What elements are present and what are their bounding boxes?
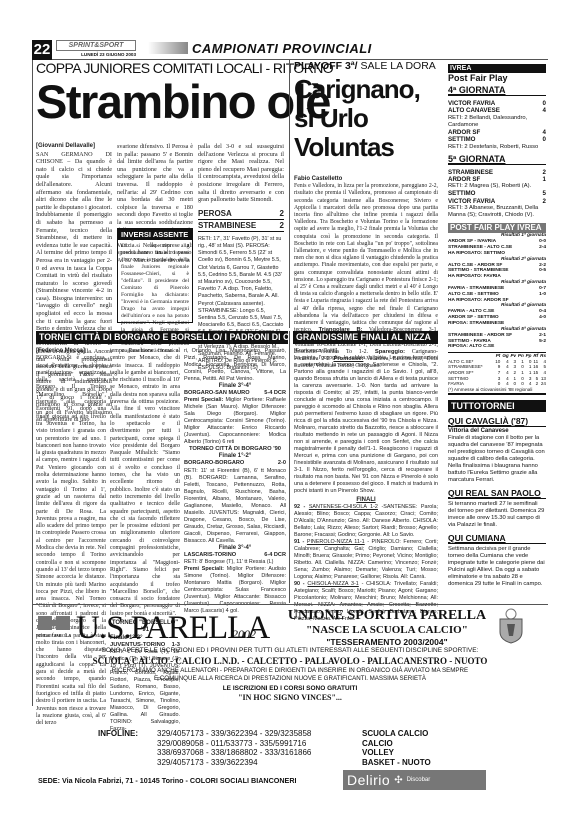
torneo-heading: QUI CAVAGLIÀ ('87) xyxy=(448,416,546,427)
advert-left-rule xyxy=(32,604,33,706)
torneo-text: Si terranno martedì 27 le semifinali del… xyxy=(448,501,546,529)
col-header: Rf xyxy=(531,353,538,359)
match-scorers: RETI: 2 Bellandi, Dalessandro, Cardamone xyxy=(448,115,546,129)
advert-line3: RICERCHIAMO ANCHE ALLENATORI - PREPARATO… xyxy=(32,667,548,676)
col-header: Gg xyxy=(500,353,508,359)
discipline-list: SCUOLA CALCIO CALCIO VOLLEY BASKET - NUO… xyxy=(362,729,431,767)
sponsor-sub: Discobar xyxy=(407,777,431,783)
premi1-label: Premi Speciali: xyxy=(184,397,223,403)
torneo-item: QUI REAL SAN PAOLO Si terranno martedì 2… xyxy=(448,488,546,529)
premi2-label: Premi Speciali: xyxy=(184,566,224,572)
parella-logo-icon xyxy=(38,616,70,636)
team-name: ARDOR SF xyxy=(448,129,480,136)
round-heading: 5ª GIORNATA xyxy=(448,154,546,165)
playoff-headline: Carignano, sì Urlo Voluntas xyxy=(294,75,438,162)
team-goals: 4 xyxy=(543,129,546,136)
standings-note: (*) Ammesse ai Giovanissimi '88 regional… xyxy=(448,387,546,395)
result-match: HA RIPOSATO: ARDOR SF xyxy=(448,298,509,304)
advert-subtitle: "NASCE LA SCUOLA CALCIO" xyxy=(282,624,492,637)
advert-top-rule xyxy=(32,604,548,605)
borgaro-byline: [Federico Mecca] xyxy=(36,348,106,355)
score-team: PEROSA xyxy=(198,208,232,219)
match-scorers: RETI: 2 Magrea (S), Roberti (A). xyxy=(448,183,546,190)
phone-line: 329/4057173 - 339/3622394 xyxy=(157,758,311,768)
infoline-label: INFOLINE: xyxy=(98,729,138,738)
sidebar: IVREA Post Fair Play 4ª GIORNATA VICTOR … xyxy=(448,64,546,588)
section-gradient xyxy=(148,42,188,54)
result-score: 0-5 xyxy=(539,268,546,274)
tuttotornei-title: TUTTOTORNEI xyxy=(448,400,546,412)
team-name: VICTOR FAVRIA xyxy=(448,198,495,205)
match-away: ARDOR SF1 xyxy=(448,176,546,183)
sidebar-region: IVREA xyxy=(448,64,546,73)
match-home: VICTOR FAVRIA0 xyxy=(448,100,546,107)
torneo-text: Finale di stagione con il botto per la s… xyxy=(448,435,546,484)
match-home: ARDOR SF4 xyxy=(448,129,546,136)
finale34b-match: LASCARIS-TORINO xyxy=(184,552,236,559)
inversi-box: INVERSI ASSENTE Ci si aspettava alla pre… xyxy=(117,228,193,323)
finale34-score: 5-4 DCR xyxy=(264,390,286,397)
publication-logo: SPRINT&SPORT xyxy=(56,40,136,51)
inversi-box-title: INVERSI ASSENTE xyxy=(118,229,192,240)
team-goals: 4 xyxy=(543,107,546,114)
final-match: CHISOLA-NIZZA 3-1 xyxy=(307,581,358,587)
advert-line6: "IN HOC SIGNO VINCES"... xyxy=(32,693,548,703)
phone-line: 329/0089058 - 011/533773 - 335/5991716 xyxy=(157,739,311,749)
col-rule-2 xyxy=(289,331,290,603)
phone-list: 329/4057173 - 339/3622394 - 329/3235858 … xyxy=(157,729,311,767)
team-name: ALTO CANAVESE xyxy=(448,107,500,114)
match-away: ALTO CANAVESE4 xyxy=(448,107,546,114)
team-goals: 2 xyxy=(543,169,546,176)
finale34-match: BORGARO-SAN MAURO xyxy=(184,390,250,397)
phone-line: 329/4057173 - 339/3622394 - 329/3235858 xyxy=(157,729,311,739)
score-goals: 2 xyxy=(280,208,284,219)
result-score: 1-0 xyxy=(539,292,546,298)
results-box-title: POST FAIR PLAY IVREA xyxy=(448,223,546,233)
advert-body: SONO APERTE LE ISCRIZIONI ED I PROVINI P… xyxy=(32,647,548,703)
team-goals: 2 xyxy=(543,198,546,205)
issue-date: LUNEDÌ 23 GIUGNO 2003 xyxy=(72,52,136,57)
torneo-sub: Vittoria del Canavese xyxy=(448,427,546,435)
match-home: STRAMBINESE2 xyxy=(448,169,546,176)
crest-icon xyxy=(498,608,524,644)
discipline: VOLLEY xyxy=(362,748,431,758)
main-headline: Strambino olè xyxy=(36,77,288,127)
playoff-kicker-bold: PLAYOFF 3ª/ xyxy=(294,60,358,72)
finale34b-row: LASCARIS-TORINO6-4 DCR xyxy=(184,552,286,559)
match-away: VICTOR FAVRIA2 xyxy=(448,198,546,205)
discipline: BASKET - NUOTO xyxy=(362,758,431,768)
final-label: 92 - xyxy=(294,504,309,510)
torneo2-title: TORNEO CITTÀ DI BORGARO '90 xyxy=(184,446,286,453)
borgaro-banner: TORNEI CITTÀ DI BORGARO E BORSELLO/ I PA… xyxy=(36,331,288,344)
nizza-article: [Francesco Saitti] La grinta, l'orgoglio… xyxy=(294,348,438,623)
advert-line5: LE ISCRIZIONI ED I CORSI SONO GRATUITI xyxy=(32,684,548,693)
result-match: HA RIPOSATO: SETTIMO xyxy=(448,251,505,257)
playoff-kicker-light: SALE LA DORA xyxy=(358,60,436,72)
torneo2-match: BORGARO-BORGARO xyxy=(184,460,244,467)
final-entry: 91 - PINEROLO-NIZZA 11-1 - PINEROLO: Fer… xyxy=(294,539,438,581)
torneo2-score: 2-0 xyxy=(278,460,286,467)
results-group: Risultati 1ª giornata ARDOR SF - IVAVRIA… xyxy=(448,233,546,256)
col-header: Pv xyxy=(509,353,516,359)
playoff-byline: Fabio Castelletto xyxy=(294,176,438,183)
sponsor-badge: Delirio ✣ Discobar xyxy=(343,770,486,790)
playoff-body: Fenis e Valledora, in lizza per la promo… xyxy=(294,183,438,333)
sede-address: SEDE: Via Nicola Fabrizi, 71 - 10145 Tor… xyxy=(38,776,297,785)
final-entry: 92 - SANTENESE-CHISOLA 1-2 -SANTENESE: P… xyxy=(294,504,438,539)
main-col3-text: palla del 3-0 e sul susseguirsi dell'azi… xyxy=(198,143,284,204)
advert-title: UNIONE SPORTIVA PARELLA xyxy=(282,608,492,624)
score-row: STRAMBINESE 2 xyxy=(198,220,284,232)
playoff-kicker: PLAYOFF 3ª/ SALE LA DORA xyxy=(294,60,438,73)
finals-title: FINALI xyxy=(294,497,438,504)
match-scorers: RETI: 3 Albanese, Bruzzaniti, Della Mann… xyxy=(448,205,546,219)
torneo-item: QUI CUMIANA Settimana decisiva per il gr… xyxy=(448,533,546,588)
col-rule-1 xyxy=(289,60,290,328)
club-year: 2002 xyxy=(232,627,256,642)
result-score: 5-2 xyxy=(539,339,546,345)
score-row: PEROSA 2 xyxy=(198,208,284,220)
finale34-title: Finale 3°-4° xyxy=(184,383,286,390)
final-match: PINEROLO-NIZZA 11-1 xyxy=(307,539,365,545)
result-match: RIPOSA: STRAMBINESE xyxy=(448,321,504,327)
torneo2-text: RETI: 11' st Fiorentini (B), 6' tt Monac… xyxy=(184,468,286,545)
cell: 15 xyxy=(531,370,538,376)
torneo-heading: QUI CUMIANA xyxy=(448,533,546,544)
sponsor-icon: ✣ xyxy=(394,775,402,786)
results-group: Risultati 5ª giornata STRAMBINESE - ARDO… xyxy=(448,327,546,350)
col-header: Pn xyxy=(516,353,524,359)
score-team: STRAMBINESE xyxy=(198,220,256,231)
finale34b-score: 6-4 DCR xyxy=(264,552,286,559)
results-group: Risultati 3ª giornata FAVRIA - STRAMBINE… xyxy=(448,280,546,303)
team-goals: 0 xyxy=(543,100,546,107)
nizza-banner: GRANDISSIME FINALI AL NIZZA xyxy=(293,331,438,344)
match-scorers: RETI: 2 Destefanis, Roberti, Russo xyxy=(448,144,546,151)
standings-table: Pt Gg Pv Pn Pp Rf Rs ALTO C.SE*104310114… xyxy=(448,352,546,387)
borgaro-col2-text: tempo Ruschione crossa al centro per Mon… xyxy=(110,348,180,618)
discipline: SCUOLA CALCIO xyxy=(362,729,431,739)
nizza-body: La grinta, l'orgoglio, la rabbia, la gio… xyxy=(294,355,438,495)
result-row: RIPOSA: ALTO C.SE xyxy=(448,344,546,350)
team-name: VICTOR FAVRIA xyxy=(448,100,495,107)
results-group: Risultati 4ª giornata FAVRIA - ALTO C.SE… xyxy=(448,303,546,326)
advert-line2: SCUOLA CALCIO - CALCIO L.N.D. - CALCETTO… xyxy=(32,656,548,667)
borgaro-col3-text: ri, Orlando, Lisa, Mastropietro, Passarò… xyxy=(184,348,286,383)
advert-title-block: UNIONE SPORTIVA PARELLA "NASCE LA SCUOLA… xyxy=(282,608,492,648)
team-name: SETTIMO xyxy=(448,136,476,143)
discipline: CALCIO xyxy=(362,739,431,749)
finale34b-text: RETI: 8' Borgese (T), 11' tt Ressia (L) xyxy=(184,559,286,566)
finale34-row: BORGARO-SAN MAURO5-4 DCR xyxy=(184,390,286,397)
torneo-heading: QUI REAL SAN PAOLO xyxy=(448,488,546,499)
col-header: Rs xyxy=(538,353,546,359)
table-row: ARDOR SF*74211154 xyxy=(448,370,546,376)
scoreboard: PEROSA 2 STRAMBINESE 2 xyxy=(198,208,284,232)
phone-line: 338/6937068 - 338/1868802 - 333/3161866 xyxy=(157,748,311,758)
torneo2-final: Finale 1°-2° xyxy=(184,453,286,460)
torneo2-row: BORGARO-BORGARO2-0 xyxy=(184,460,286,467)
result-match: HA RIPOSATO: FAVRIA xyxy=(448,274,501,280)
logo-caption: BORGATA PARELLA xyxy=(36,634,71,638)
team-name: SETTIMO xyxy=(448,190,476,197)
team-goals: 1 xyxy=(543,176,546,183)
result-score: 4-0 xyxy=(539,315,546,321)
table-row: FAVRIA04004224 xyxy=(448,381,546,387)
final-text: - PINEROLO: Ferrero; Corti; Calabrese; C… xyxy=(294,539,438,580)
result-score: 2-4 xyxy=(539,245,546,251)
nizza-byline: [Francesco Saitti] xyxy=(294,348,438,355)
advert-line1: SONO APERTE LE ISCRIZIONI ED I PROVINI P… xyxy=(32,647,548,656)
sidebar-title: Post Fair Play xyxy=(448,73,546,84)
team-goals: 5 xyxy=(543,190,546,197)
playoff-article: PLAYOFF 3ª/ SALE LA DORA Carignano, sì U… xyxy=(294,60,438,328)
premi1: Premi Speciali: Miglior Portiere: Raffae… xyxy=(184,397,286,446)
team-goals: 0 xyxy=(543,136,546,143)
section-title: CAMPIONATI PROVINCIALI xyxy=(192,41,372,56)
premi1-text: Miglior Portiere: Raffaele Michele (San … xyxy=(184,397,286,445)
final-match: SANTENESE-CHISOLA 1-2 xyxy=(309,504,378,510)
team-name: STRAMBINESE xyxy=(448,169,493,176)
main-byline: [Giovanni Dellavalle] xyxy=(36,143,112,151)
match-home: SETTIMO5 xyxy=(448,190,546,197)
masthead: 22 SPRINT&SPORT LUNEDÌ 23 GIUGNO 2003 CA… xyxy=(32,40,548,60)
results-group: Risultati 2ª giornata ALTO C.SE - ARDOR … xyxy=(448,257,546,280)
advert-line4: E COMUNQUE ALLA RICERCA DI PRESTAZIONI N… xyxy=(32,675,548,684)
score-goals: 2 xyxy=(280,220,284,231)
torneo-text: Settimana decisiva per il grande torneo … xyxy=(448,546,546,588)
final-label: 90 - xyxy=(294,581,307,587)
final-label: 91 - xyxy=(294,539,307,545)
match-away: SETTIMO0 xyxy=(448,136,546,143)
result-match: RIPOSA: ALTO C.SE xyxy=(448,344,494,350)
finale34b-title: Finale 3°-4° xyxy=(184,545,286,552)
torneo-item: QUI CAVAGLIÀ ('87) Vittoria del Canavese… xyxy=(448,416,546,484)
advert: BORGATA PARELLA U.S.PARELLA 2002 UNIONE … xyxy=(32,606,548,828)
borgaro-col3: ri, Orlando, Lisa, Mastropietro, Passarò… xyxy=(184,348,286,615)
sponsor-name: Delirio xyxy=(347,772,390,788)
team-name: ARDOR SF xyxy=(448,176,480,183)
page-number: 22 xyxy=(32,40,52,60)
round-heading: 4ª GIORNATA xyxy=(448,85,546,96)
